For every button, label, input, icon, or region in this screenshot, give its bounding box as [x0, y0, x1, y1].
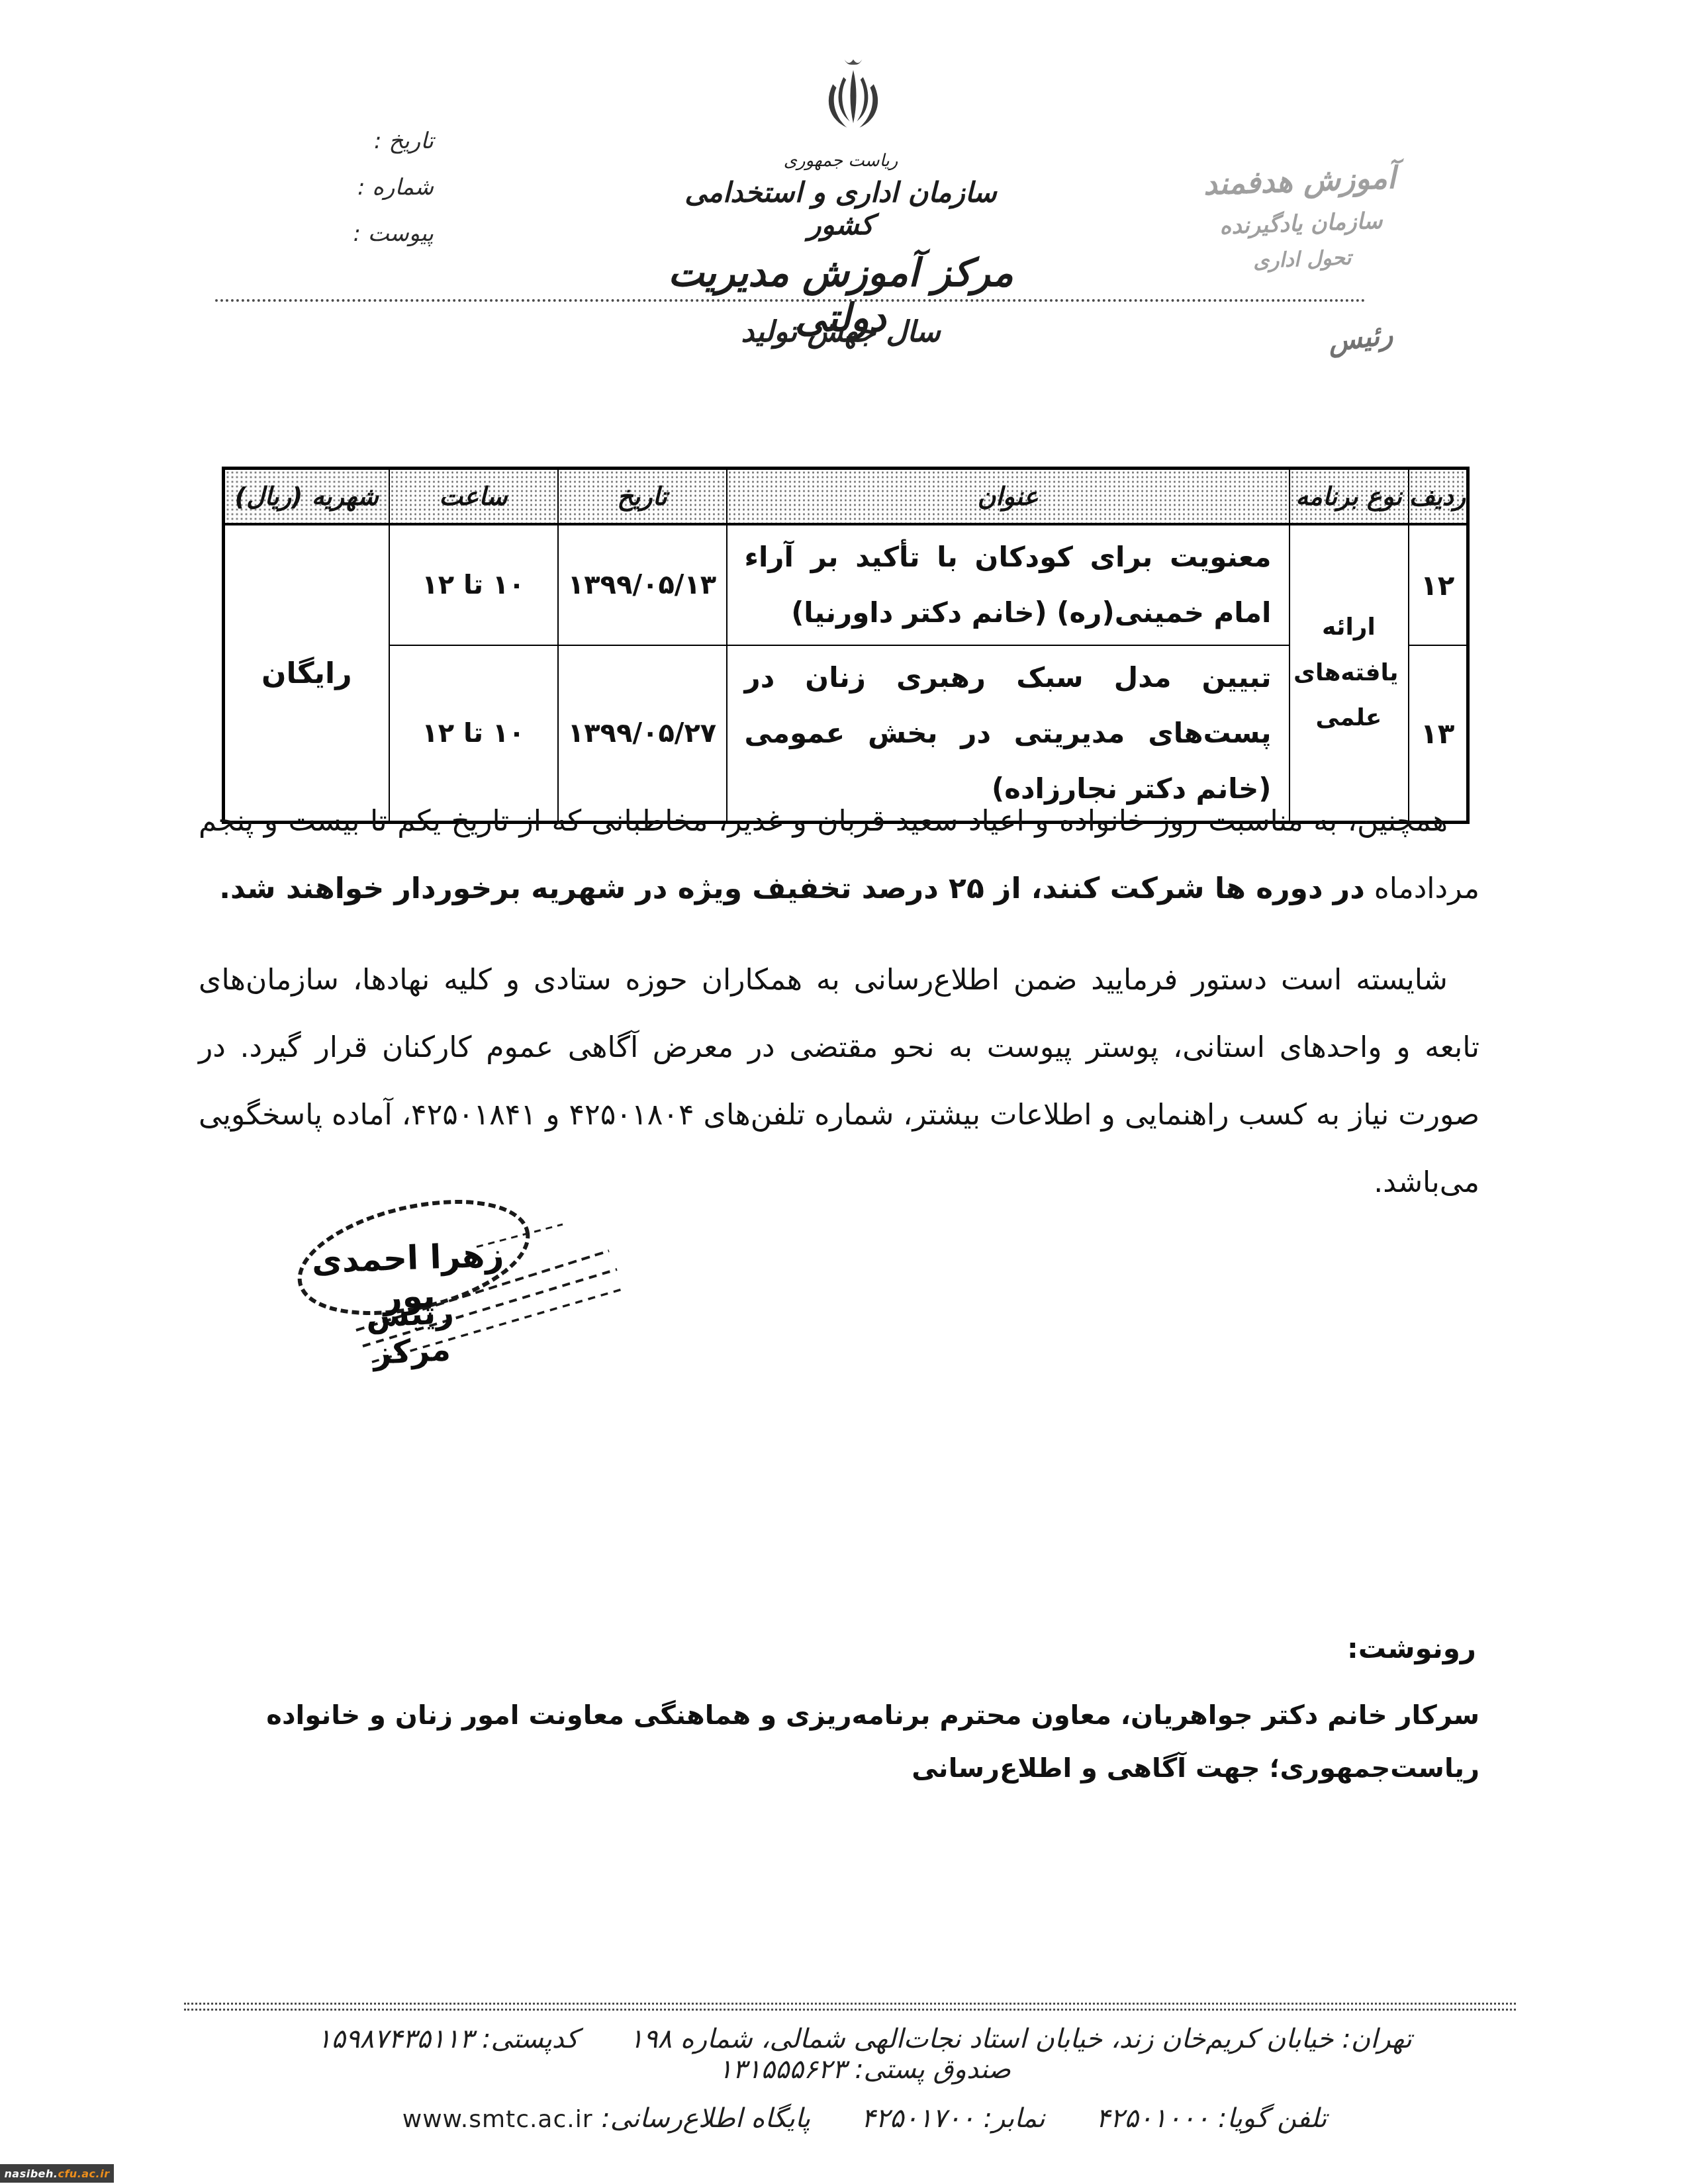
- raees-stamp: رئیس: [1313, 316, 1409, 360]
- footer-dotted-separator: [184, 2003, 1516, 2011]
- scan-watermark: nasibeh.cfu.ac.ir: [0, 2164, 114, 2183]
- motto-line-3: تحول اداری: [1193, 244, 1412, 275]
- number-label: شماره :: [255, 164, 434, 210]
- footer-address-line: تهران: خیابان کریم‌خان زند، خیابان استاد…: [199, 2024, 1530, 2085]
- iran-coat-of-arms-icon: [809, 56, 898, 154]
- letterhead: ریاست جمهوری سازمان اداری و استخدامی کشو…: [649, 151, 1033, 340]
- table-row: ۱۲ ارائه یافته‌های علمی معنویت برای کودک…: [224, 524, 1468, 645]
- header-dotted-separator: [215, 299, 1366, 302]
- footer-address: تهران: خیابان کریم‌خان زند، خیابان استاد…: [630, 2024, 1412, 2054]
- motto-stamp: آموزش هدفمند سازمان یادگیرنده تحول اداری: [1190, 159, 1412, 275]
- year-slogan: سال جهش تولید: [682, 315, 1000, 349]
- col-header-fee: شهریه (ریال): [224, 469, 389, 525]
- col-header-title: عنوان: [727, 469, 1289, 525]
- course-date-cell: ۱۳۹۹/۰۵/۱۳: [558, 524, 727, 645]
- course-title-cell: معنویت برای کودکان با تأکید بر آراء امام…: [727, 524, 1289, 645]
- date-label: تاریخ :: [255, 118, 434, 164]
- footer-contact-line: تلفن گویا: ۴۲۵۰۱۰۰۰ نمابر: ۴۲۵۰۱۷۰۰ پایگ…: [199, 2103, 1530, 2134]
- footer-fax: نمابر: ۴۲۵۰۱۷۰۰: [861, 2103, 1045, 2134]
- fee-cell: رایگان: [224, 524, 389, 823]
- course-schedule-table: ردیف نوع برنامه عنوان تاریخ ساعت شهریه (…: [222, 467, 1470, 824]
- course-time-cell: ۱۰ تا ۱۲: [389, 524, 558, 645]
- cc-label: رونوشت:: [1211, 1632, 1476, 1664]
- scanned-letter-page: تاریخ : شماره : پیوست : ریاست جمهوری ساز…: [0, 0, 1688, 2184]
- signatory-role: رییس مرکز: [328, 1292, 494, 1375]
- program-type-cell: ارائه یافته‌های علمی: [1289, 524, 1409, 823]
- col-header-row-no: ردیف: [1409, 469, 1468, 525]
- government-line: ریاست جمهوری: [649, 151, 1033, 171]
- scan-watermark-domain: cfu.ac.ir: [58, 2167, 109, 2180]
- footer-postal-code: کدپستی: ۱۵۹۸۷۴۳۵۱۱۳: [317, 2024, 579, 2054]
- footer-po-box: صندوق پستی: ۱۳۱۵۵۵۶۲۳: [718, 2054, 1011, 2085]
- row-no-cell: ۱۲: [1409, 524, 1468, 645]
- discount-paragraph: همچنین، به مناسبت روز خانواده و اعیاد سع…: [199, 788, 1479, 923]
- col-header-program-type: نوع برنامه: [1289, 469, 1409, 525]
- col-header-date: تاریخ: [558, 469, 727, 525]
- discount-paragraph-bold: در دوره ها شرکت کنند، از ۲۵ درصد تخفیف و…: [219, 872, 1365, 905]
- footer-website-label: پایگاه اطلاع‌رسانی:: [601, 2103, 810, 2134]
- footer-phone: تلفن گویا: ۴۲۵۰۱۰۰۰: [1096, 2103, 1327, 2134]
- footer-website-url: www.smtc.ac.ir: [402, 2106, 593, 2133]
- table-header-row: ردیف نوع برنامه عنوان تاریخ ساعت شهریه (…: [224, 469, 1468, 525]
- col-header-time: ساعت: [389, 469, 558, 525]
- motto-line-1: آموزش هدفمند: [1190, 159, 1409, 202]
- attachment-label: پیوست :: [255, 210, 434, 257]
- scan-watermark-site: nasibeh.: [4, 2167, 58, 2180]
- organization-name: سازمان اداری و استخدامی کشور: [649, 176, 1033, 241]
- motto-line-2: سازمان یادگیرنده: [1192, 206, 1411, 240]
- reference-block: تاریخ : شماره : پیوست :: [255, 118, 434, 257]
- cc-recipient-line: سرکار خانم دکتر جواهریان، معاون محترم بر…: [199, 1689, 1479, 1795]
